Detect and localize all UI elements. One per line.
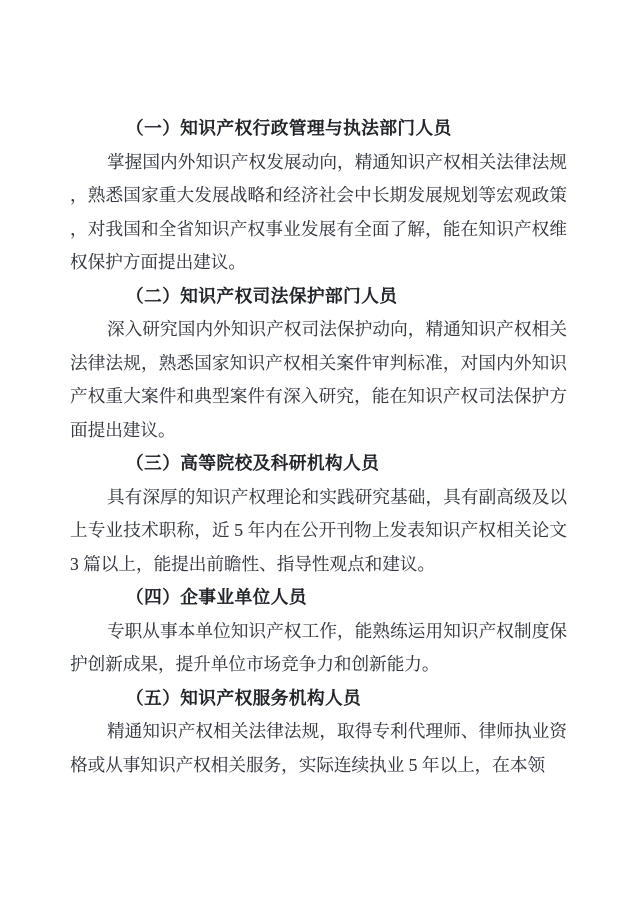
section-5: （五）知识产权服务机构人员 精通知识产权相关法律法规，取得专利代理师、律师执业资… [70, 682, 567, 783]
section-5-paragraph: 精通知识产权相关法律法规，取得专利代理师、律师执业资格或从事知识产权相关服务，实… [70, 715, 567, 782]
section-1-paragraph: 掌握国内外知识产权发展动向，精通知识产权相关法律法规，熟悉国家重大发展战略和经济… [70, 146, 567, 280]
section-2-paragraph: 深入研究国内外知识产权司法保护动向，精通知识产权相关法律法规，熟悉国家知识产权相… [70, 313, 567, 447]
section-2: （二）知识产权司法保护部门人员 深入研究国内外知识产权司法保护动向，精通知识产权… [70, 280, 567, 448]
document-content: （一）知识产权行政管理与执法部门人员 掌握国内外知识产权发展动向，精通知识产权相… [70, 112, 567, 782]
section-3: （三）高等院校及科研机构人员 具有深厚的知识产权理论和实践研究基础，具有副高级及… [70, 447, 567, 581]
section-1: （一）知识产权行政管理与执法部门人员 掌握国内外知识产权发展动向，精通知识产权相… [70, 112, 567, 280]
section-3-paragraph: 具有深厚的知识产权理论和实践研究基础，具有副高级及以上专业技术职称，近 5 年内… [70, 481, 567, 582]
document-page: （一）知识产权行政管理与执法部门人员 掌握国内外知识产权发展动向，精通知识产权相… [0, 0, 636, 900]
section-1-heading: （一）知识产权行政管理与执法部门人员 [70, 112, 567, 146]
section-4: （四）企事业单位人员 专职从事本单位知识产权工作，能熟练运用知识产权制度保护创新… [70, 581, 567, 682]
section-3-heading: （三）高等院校及科研机构人员 [70, 447, 567, 481]
section-2-heading: （二）知识产权司法保护部门人员 [70, 280, 567, 314]
section-4-paragraph: 专职从事本单位知识产权工作，能熟练运用知识产权制度保护创新成果，提升单位市场竞争… [70, 615, 567, 682]
section-4-heading: （四）企事业单位人员 [70, 581, 567, 615]
section-5-heading: （五）知识产权服务机构人员 [70, 682, 567, 716]
